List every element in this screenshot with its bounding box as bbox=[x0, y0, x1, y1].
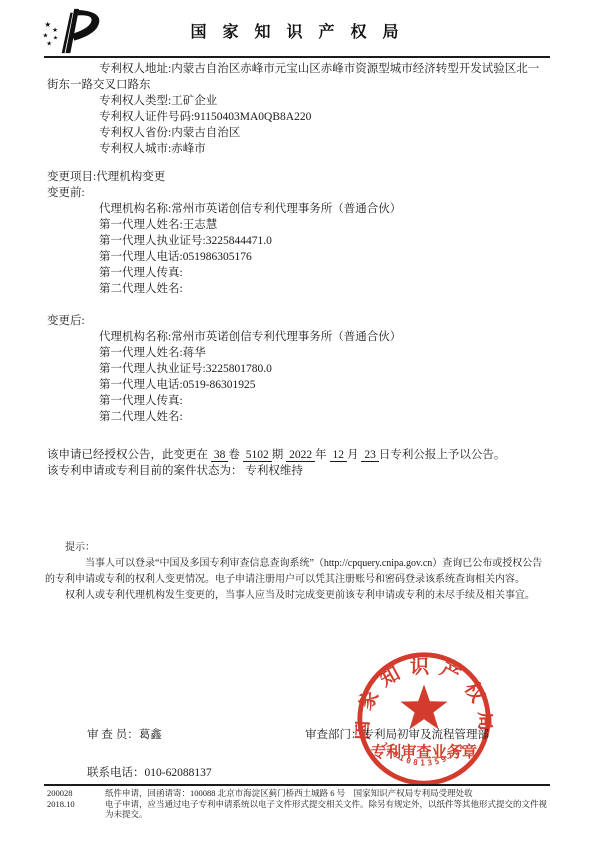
announcement-text-1: 该申请已经授权公告，此变更在 bbox=[47, 449, 208, 461]
month-unit: 月 bbox=[347, 449, 359, 461]
announcement-line: 该申请已经授权公告，此变更在 38卷 5102期 2022年 12月 23日专利… bbox=[47, 447, 550, 463]
patentee-city: 专利权人城市:赤峰市 bbox=[47, 141, 550, 157]
form-code-block: 200028 2018.10 bbox=[47, 788, 105, 820]
change-after-label: 变更后: bbox=[47, 313, 550, 329]
before-agent-name: 第一代理人姓名:王志慧 bbox=[47, 217, 550, 233]
footer-note-paper: 纸件申请，回函请寄：100088 北京市海淀区蓟门桥西土城路 6 号 国家知识产… bbox=[105, 788, 550, 799]
tips-paragraph-2: 权利人或专利代理机构发生变更的，当事人应当及时完成变更前该专利申请或专利的未尽手… bbox=[45, 588, 551, 604]
announcement-section: 该申请已经授权公告，此变更在 38卷 5102期 2022年 12月 23日专利… bbox=[47, 447, 550, 479]
examiner-line: 审 查 员：葛鑫 bbox=[87, 727, 162, 743]
page-title: 国 家 知 识 产 权 局 bbox=[0, 19, 595, 42]
footer-note-electronic: 电子申请，应当通过电子专利申请系统以电子文件形式提交相关文件。除另有规定外，以纸… bbox=[105, 799, 550, 820]
after-agent-license: 第一代理人执业证号:3225801780.0 bbox=[47, 361, 550, 377]
after-agency-name: 代理机构名称:常州市英诺创信专利代理事务所（普通合伙） bbox=[47, 329, 550, 345]
contact-phone-line: 联系电话：010-62088137 bbox=[87, 765, 212, 781]
announcement-text-2: 专利公报上予以公告。 bbox=[390, 449, 505, 461]
seal-star-icon bbox=[400, 685, 447, 730]
tips-label: 提示： bbox=[45, 540, 551, 556]
issue-unit: 期 bbox=[272, 449, 284, 461]
gazette-month: 12 bbox=[330, 449, 348, 462]
patentee-id-number: 专利权人证件号码:91150403MA0QB8A220 bbox=[47, 109, 550, 125]
gazette-year: 2022 bbox=[286, 449, 315, 462]
examiner-label: 审 查 员： bbox=[87, 729, 139, 741]
patentee-province: 专利权人省份:内蒙古自治区 bbox=[47, 125, 550, 141]
gazette-day: 23 bbox=[361, 449, 379, 462]
tips-section: 提示： 当事人可以登录“中国及多国专利审查信息查询系统”（http://cpqu… bbox=[45, 540, 551, 604]
footer-notes: 纸件申请，回函请寄：100088 北京市海淀区蓟门桥西土城路 6 号 国家知识产… bbox=[105, 788, 550, 820]
patent-change-notice-document: ★ ★ ★ ★ ★ 国 家 知 识 产 权 局 专利权人地址:内蒙古自治区赤峰市… bbox=[0, 0, 595, 842]
contact-phone-number: 010-62088137 bbox=[145, 767, 212, 779]
year-unit: 年 bbox=[315, 449, 327, 461]
change-before-label: 变更前: bbox=[47, 185, 550, 201]
before-second-agent-name: 第二代理人姓名: bbox=[47, 281, 550, 297]
patentee-address: 专利权人地址:内蒙古自治区赤峰市元宝山区赤峰市资源型城市经济转型开发试验区北一街… bbox=[47, 61, 550, 93]
before-agent-fax: 第一代理人传真: bbox=[47, 265, 550, 281]
header-divider bbox=[44, 56, 550, 58]
patentee-type: 专利权人类型:工矿企业 bbox=[47, 93, 550, 109]
before-agent-license: 第一代理人执业证号:3225844471.0 bbox=[47, 233, 550, 249]
contact-phone-label: 联系电话： bbox=[87, 767, 145, 779]
gazette-volume: 38 bbox=[211, 449, 229, 462]
case-status-line: 该专利申请或专利目前的案件状态为： 专利权维持 bbox=[47, 463, 550, 479]
after-agent-phone: 第一代理人电话:0519-86301925 bbox=[47, 377, 550, 393]
patentee-section: 专利权人地址:内蒙古自治区赤峰市元宝山区赤峰市资源型城市经济转型开发试验区北一街… bbox=[47, 61, 550, 157]
form-code: 200028 bbox=[47, 788, 105, 799]
after-agent-fax: 第一代理人传真: bbox=[47, 393, 550, 409]
tips-paragraph-1: 当事人可以登录“中国及多国专利审查信息查询系统”（http://cpquery.… bbox=[45, 556, 551, 588]
day-unit: 日 bbox=[379, 449, 391, 461]
review-dept-label: 审查部门： bbox=[305, 729, 363, 741]
official-seal-stamp: 国家知识产权局 专利审查业务章 1101081359734 bbox=[355, 650, 493, 788]
change-before-section: 变更项目:代理机构变更 变更前: 代理机构名称:常州市英诺创信专利代理事务所（普… bbox=[47, 169, 550, 297]
before-agent-phone: 第一代理人电话:051986305176 bbox=[47, 249, 550, 265]
change-item: 变更项目:代理机构变更 bbox=[47, 169, 550, 185]
after-agent-name: 第一代理人姓名:蒋华 bbox=[47, 345, 550, 361]
gazette-issue: 5102 bbox=[243, 449, 272, 462]
after-second-agent-name: 第二代理人姓名: bbox=[47, 409, 550, 425]
before-agency-name: 代理机构名称:常州市英诺创信专利代理事务所（普通合伙） bbox=[47, 201, 550, 217]
examiner-name: 葛鑫 bbox=[139, 729, 162, 741]
footer-divider bbox=[44, 784, 550, 786]
form-date: 2018.10 bbox=[47, 799, 105, 810]
change-after-section: 变更后: 代理机构名称:常州市英诺创信专利代理事务所（普通合伙） 第一代理人姓名… bbox=[47, 313, 550, 425]
footer-section: 200028 2018.10 纸件申请，回函请寄：100088 北京市海淀区蓟门… bbox=[47, 788, 550, 820]
volume-unit: 卷 bbox=[228, 449, 240, 461]
